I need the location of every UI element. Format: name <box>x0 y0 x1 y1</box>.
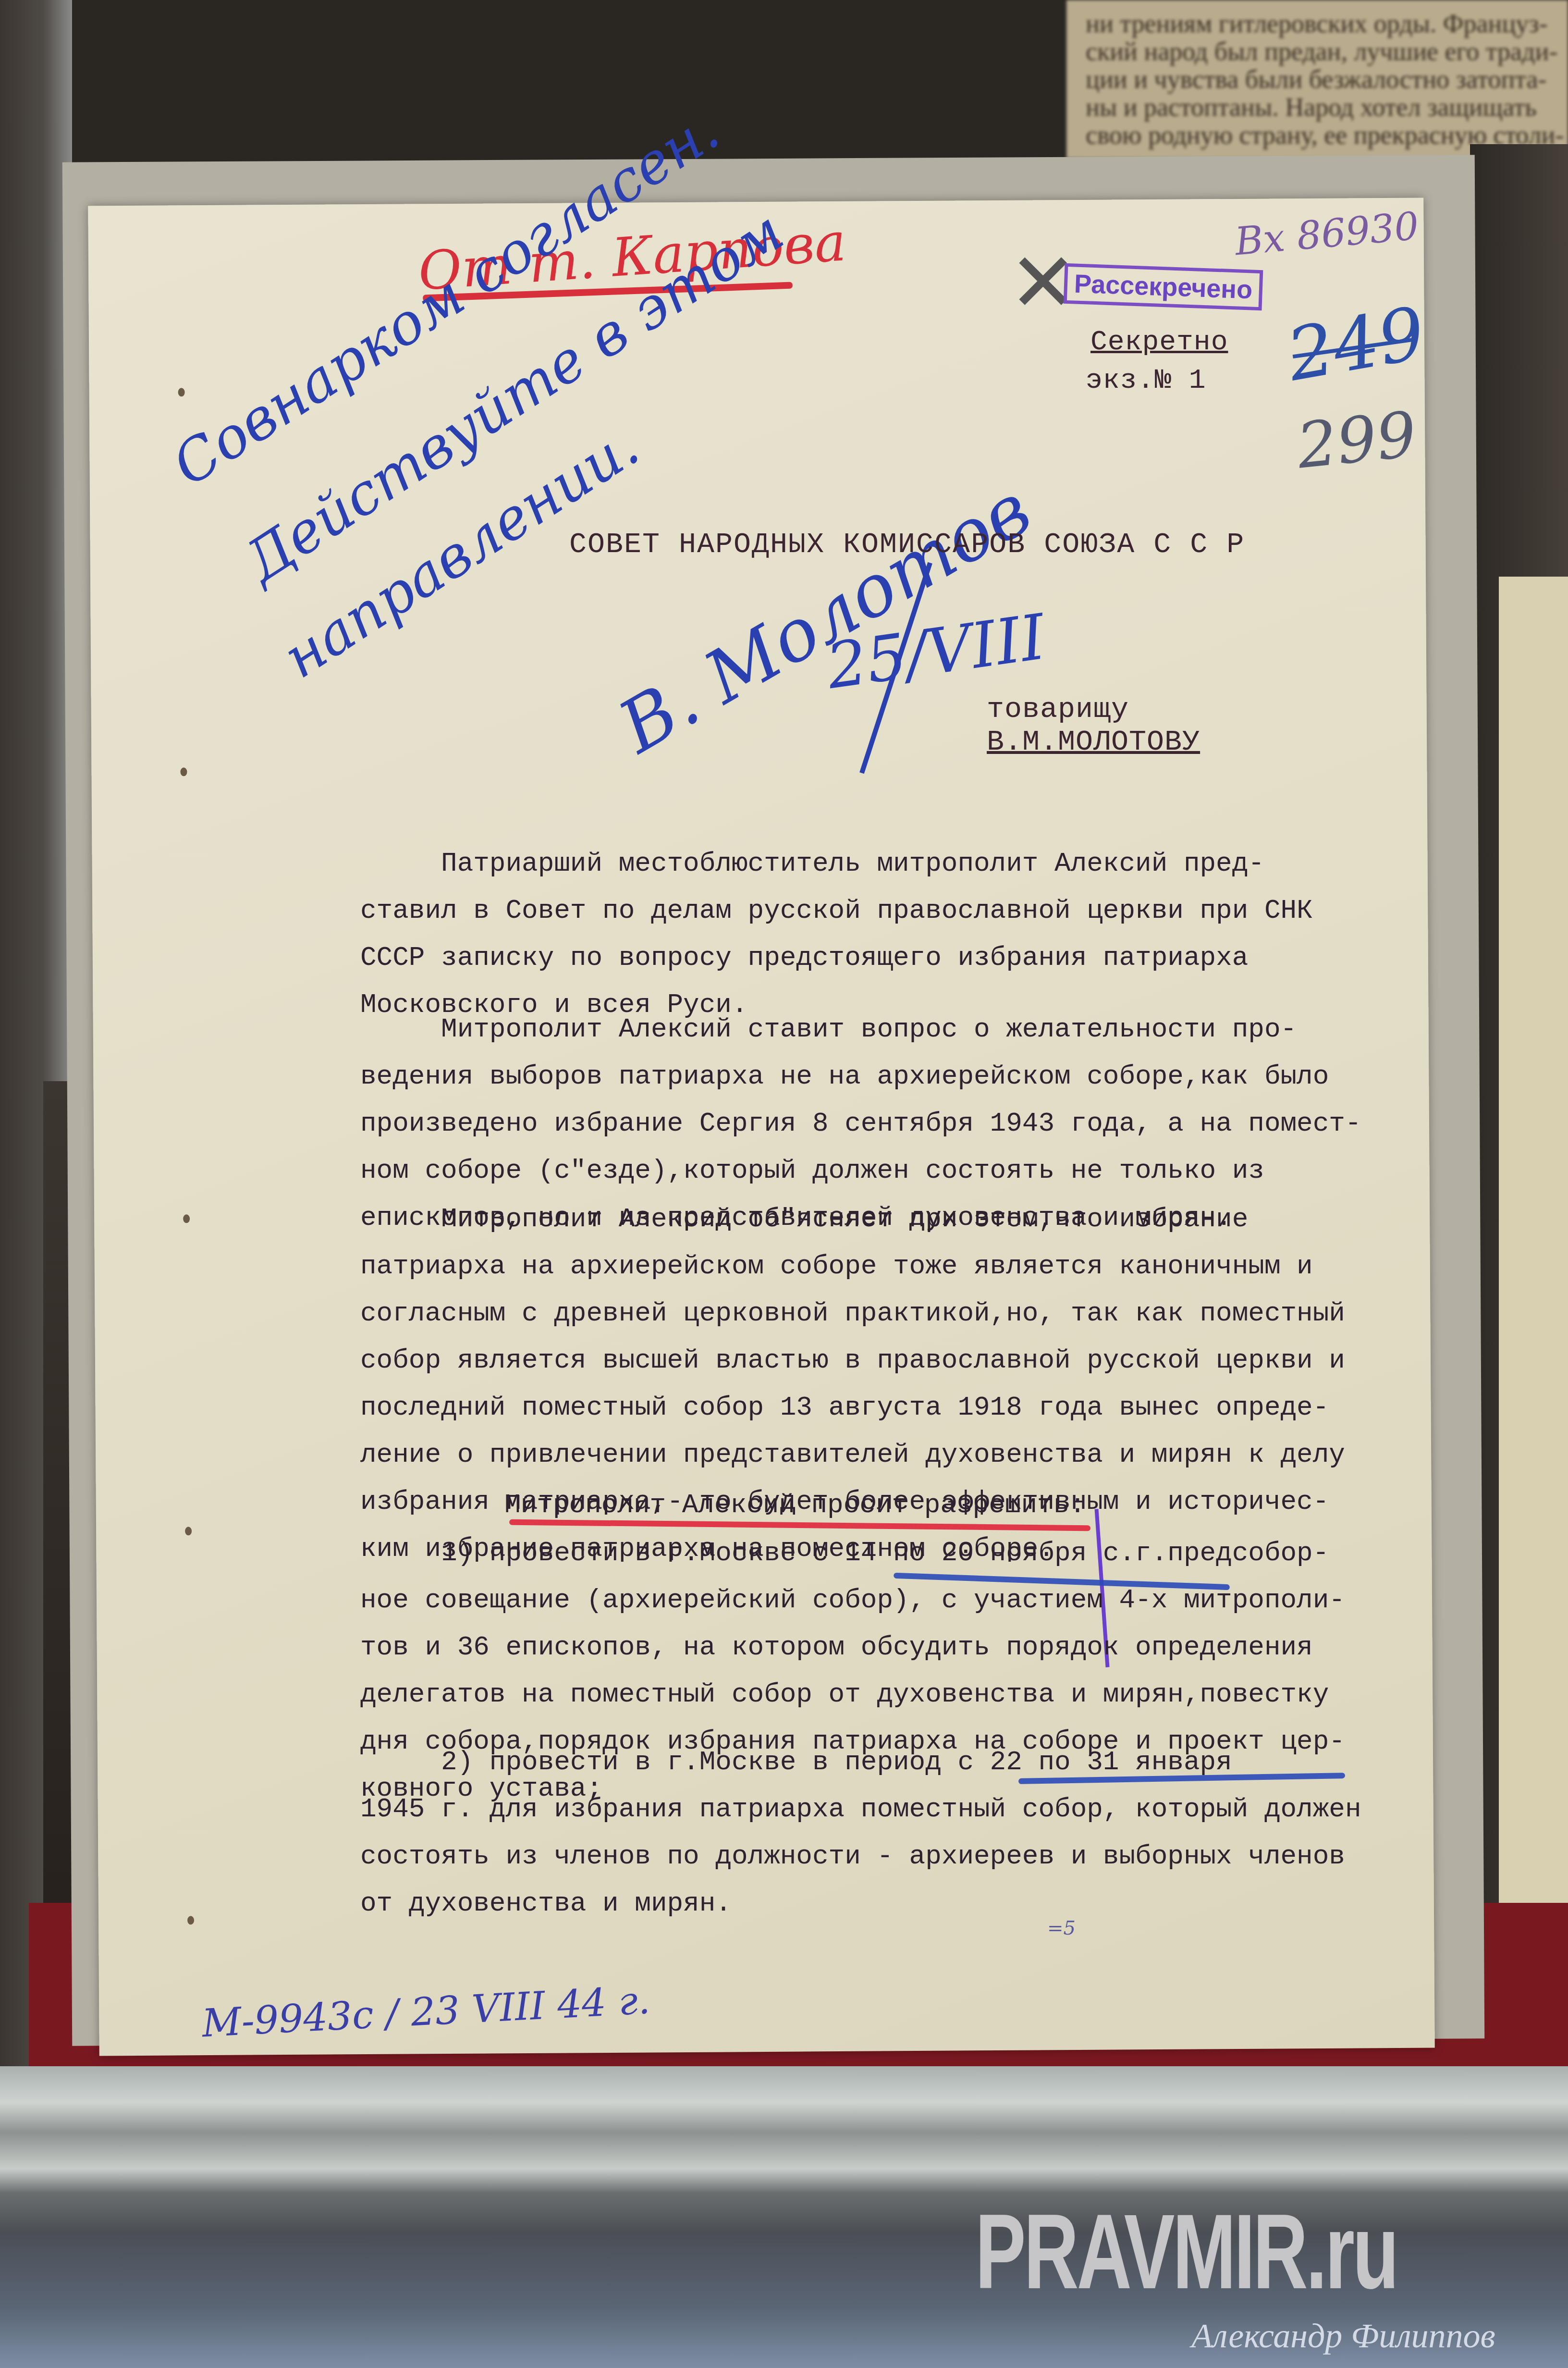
addressee-name: В.М.МОЛОТОВУ <box>987 726 1200 759</box>
text-line: Митрополит Алексий ставит вопрос о желат… <box>360 1011 1441 1047</box>
text-line: ное совещание (архиерейский собор), с уч… <box>360 1582 1441 1618</box>
photographer-credit: Александр Филиппов <box>1191 2316 1495 2356</box>
punch-hole <box>178 388 185 396</box>
margin-mark: =5 <box>1047 1917 1076 1939</box>
text-line: ведения выборов патриарха не на архиерей… <box>360 1059 1441 1094</box>
text-line: Митрополит Алексий об"ясняет при этом,чт… <box>360 1201 1441 1237</box>
document-header: СОВЕТ НАРОДНЫХ КОМИССАРОВ СОЮЗА С С Р <box>569 529 1245 561</box>
site-watermark: PRAVMIR.ru <box>975 2191 1397 2313</box>
punch-hole <box>185 1527 192 1535</box>
newspaper-line: ский народ был предан, лучшие его тради- <box>1086 37 1549 65</box>
declassified-stamp: Рассекречено <box>1064 263 1263 310</box>
classification-label: Секретно <box>1090 327 1228 358</box>
request-item-2: 2) провести в г.Москве в период с 22 по … <box>360 1744 1441 1933</box>
paragraph-1: Патриарший местоблюститель митрополит Ал… <box>360 846 1441 1034</box>
text-line: патриарха на архиерейском соборе тоже яв… <box>360 1248 1441 1284</box>
copy-number: экз.№ 1 <box>1086 365 1206 396</box>
text-line: ставил в Совет по делам русской правосла… <box>360 893 1441 928</box>
text-line: последний поместный собор 13 августа 191… <box>360 1390 1441 1425</box>
text-line: делегатов на поместный собор от духовенс… <box>360 1677 1441 1712</box>
text-line: ном соборе (с"езде),который должен состо… <box>360 1153 1441 1188</box>
text-line: от духовенства и мирян. <box>360 1886 1441 1921</box>
newspaper-line: ни трениям гитлеровских орды. Француз- <box>1086 10 1549 37</box>
text-line: состоять из членов по должности - архиер… <box>360 1838 1441 1874</box>
text-line: СССР записку по вопросу предстоящего изб… <box>360 940 1441 975</box>
text-line: Патриарший местоблюститель митрополит Ал… <box>360 846 1441 881</box>
request-heading: Митрополит Алексий просит разрешить: <box>504 1490 1086 1520</box>
text-line: 1) провести в г.Москве с 14 по 20 ноября… <box>360 1535 1441 1571</box>
text-line: 1945 г. для избрания патриарха поместный… <box>360 1791 1441 1827</box>
text-line: тов и 36 епископов, на котором обсудить … <box>360 1629 1441 1665</box>
newspaper-line: ны и растоптаны. Народ хотел защищать <box>1086 93 1549 121</box>
punch-hole <box>183 1214 190 1223</box>
addressee: товарищу В.М.МОЛОТОВУ <box>951 661 1200 759</box>
background-newspaper: ни трениям гитлеровских орды. Француз- с… <box>1066 0 1568 159</box>
background-right-document <box>1499 577 1568 1970</box>
newspaper-line: ции и чувства были безжалостно затопта- <box>1086 65 1549 93</box>
punch-hole <box>187 1916 194 1924</box>
page-number: 299 <box>1294 397 1420 482</box>
text-line: произведено избрание Сергия 8 сентября 1… <box>360 1106 1441 1141</box>
text-line: согласным с древней церковной практикой,… <box>360 1295 1441 1331</box>
punch-hole <box>180 767 187 776</box>
text-line: ление о привлечении представителей духов… <box>360 1437 1441 1472</box>
addressee-prefix: товарищу <box>987 693 1129 726</box>
text-line: собор является высшей властью в правосла… <box>360 1343 1441 1378</box>
